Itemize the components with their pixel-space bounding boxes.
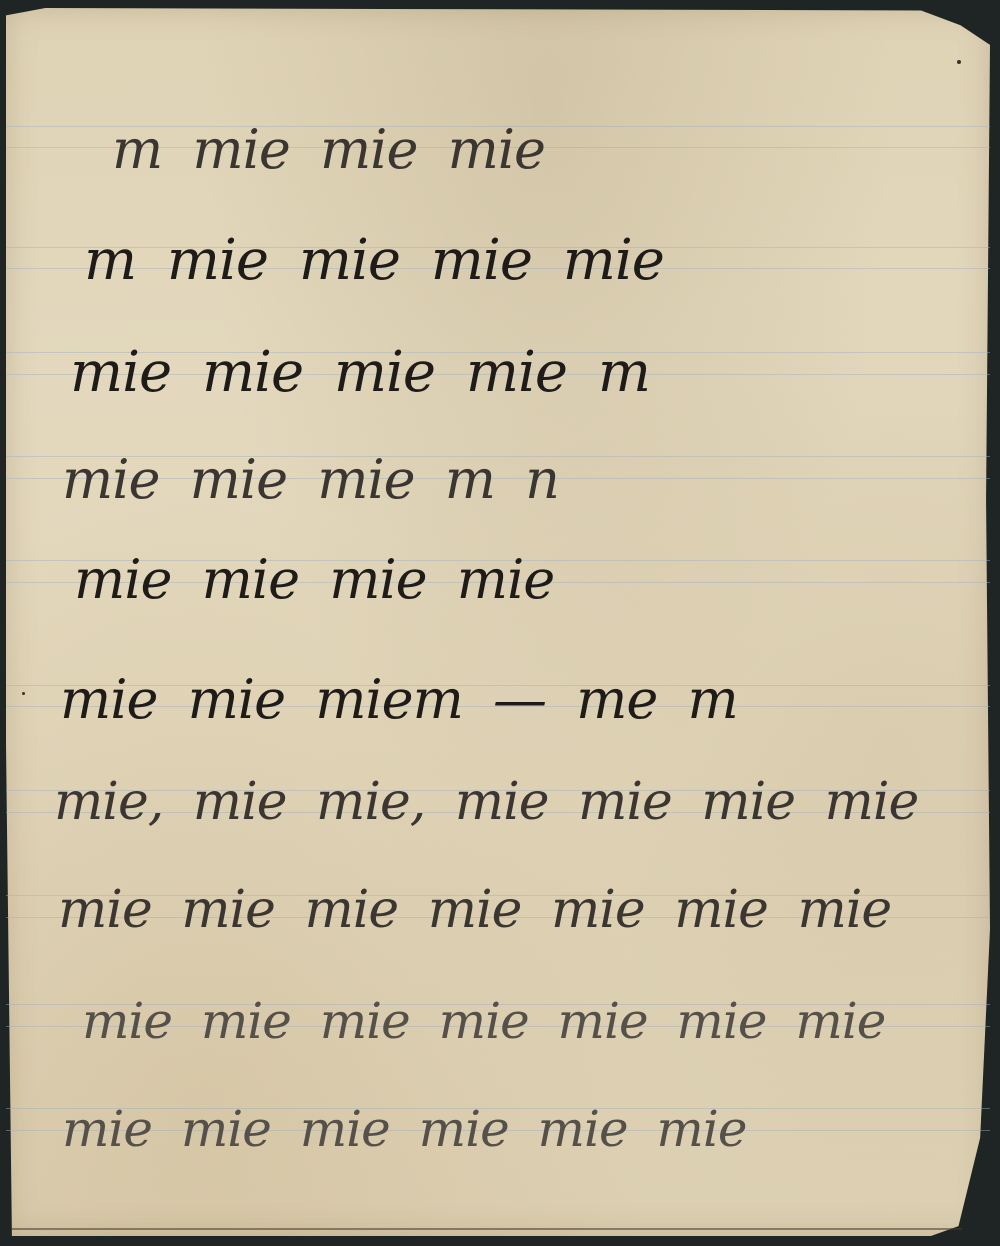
handwriting-line: mie, mie mie, mie mie mie mie: [54, 772, 918, 832]
handwriting-line: mie mie mie mie mie mie: [62, 1100, 746, 1158]
ink-spot: [957, 60, 961, 64]
handwriting-line: mie mie mie mie: [74, 548, 554, 611]
handwriting-line: mie mie miem — me m: [60, 668, 738, 731]
handwriting-line: mie mie mie mie mie mie mie: [82, 992, 885, 1050]
scanned-page: m mie mie mie m mie mie mie mie mie mie …: [0, 0, 1000, 1246]
handwriting-line: m mie mie mie: [112, 118, 545, 181]
handwriting-line: mie mie mie mie m: [70, 340, 650, 405]
paper-sheet: [6, 8, 990, 1236]
ink-spot: [22, 692, 25, 695]
handwriting-line: m mie mie mie mie: [84, 228, 664, 293]
handwriting-line: mie mie mie m n: [62, 448, 559, 511]
handwriting-line: mie mie mie mie mie mie mie: [58, 880, 891, 940]
paper-fold-edge: [12, 1228, 962, 1230]
